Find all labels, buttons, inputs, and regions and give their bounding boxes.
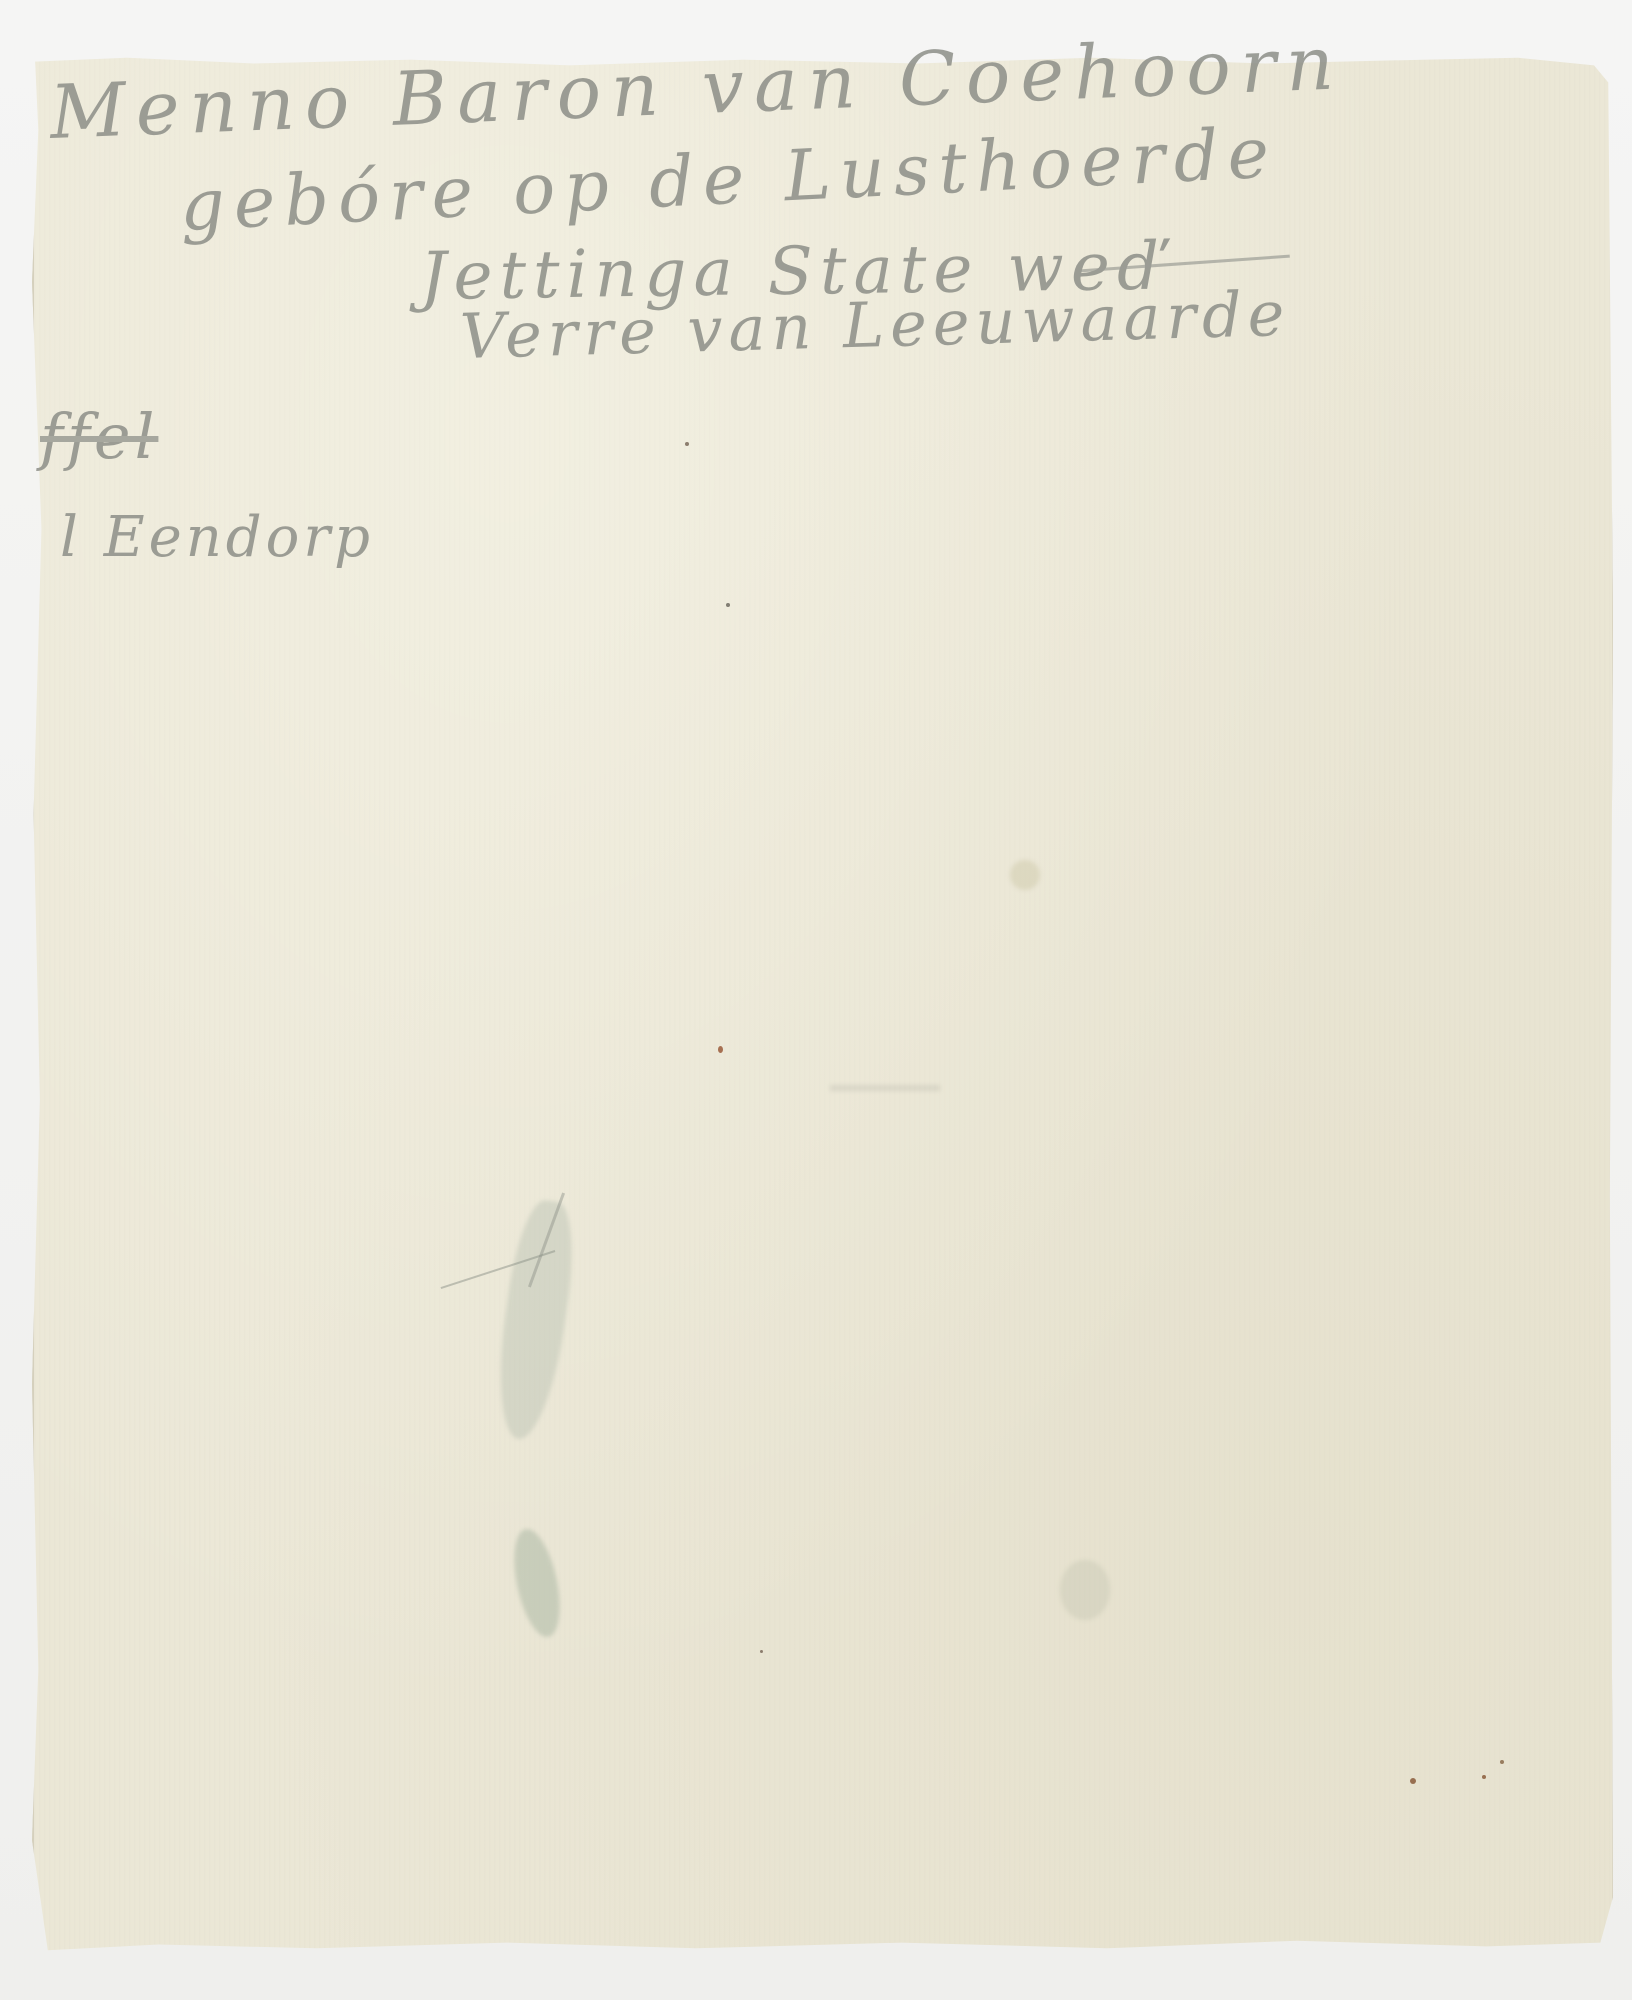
foxing-spot <box>1500 1760 1504 1764</box>
paper-stain <box>1010 860 1040 890</box>
foxing-spot <box>718 1046 723 1053</box>
foxing-spot <box>1482 1775 1486 1779</box>
paper-stain <box>1060 1560 1110 1620</box>
foxing-spot <box>1410 1778 1416 1784</box>
margin-note-struck: ffel <box>40 400 158 473</box>
foxing-spot <box>685 442 689 446</box>
foxing-spot <box>760 1650 763 1653</box>
margin-note: l Eendorp <box>60 505 374 570</box>
paper-smudge <box>830 1085 940 1091</box>
foxing-spot <box>726 603 730 607</box>
